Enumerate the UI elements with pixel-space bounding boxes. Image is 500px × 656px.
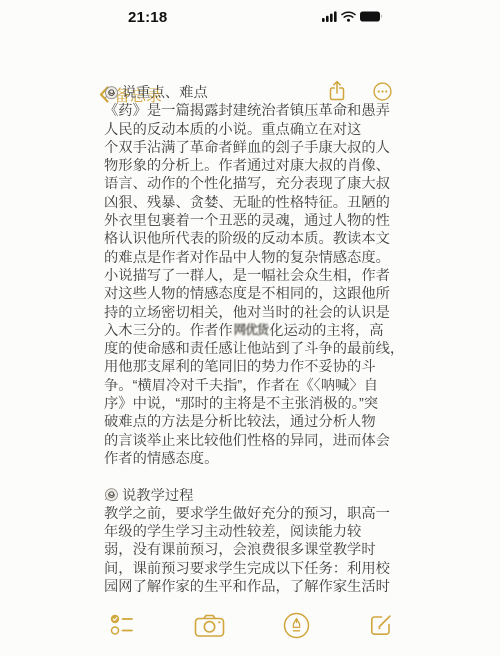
note-section: 说教学过程教学之前，要求学生做好充分的预习，职高一年级的学生学习主动性较差，阅读… <box>104 487 410 597</box>
note-line: 小说描写了一群人，是一幅社会众生相，作者 <box>104 267 410 285</box>
bottom-toolbar <box>110 608 394 642</box>
note-line: 物形象的分析上。作者通过对康大叔的肖像、 <box>104 157 410 175</box>
shell-emoji-icon <box>104 85 119 100</box>
section-header: 说教学过程 <box>104 487 410 505</box>
battery-icon <box>360 11 384 22</box>
watermark: 网优货 <box>234 321 269 339</box>
shell-emoji-icon <box>104 487 119 502</box>
note-line: 格认识他所代表的阶级的反动本质。教读本文 <box>104 230 410 248</box>
note-line: 人民的反动本质的小说。重点确立在对这 <box>104 121 410 139</box>
note-body[interactable]: 说重点、难点《药》是一篇揭露封建统治者镇压革命和愚弄人民的反动本质的小说。重点确… <box>104 84 410 596</box>
signal-bars-icon <box>322 11 337 22</box>
note-line: 外衣里包裹着一个丑恶的灵魂，通过人物的性 <box>104 212 410 230</box>
note-line: 园网了解作家的生平和作品，了解作家生活时 <box>104 578 410 596</box>
note-line: 对这些人物的情感态度是不相同的，这跟他所 <box>104 285 410 303</box>
note-line: 的言谈举止来比较他们性格的异同，进而体会 <box>104 432 410 450</box>
note-line: 度的使命感和责任感让他站到了斗争的最前线， <box>104 340 410 358</box>
note-line: 序》中说，“那时的主将是不主张消极的。”突 <box>104 395 410 413</box>
note-line: 语言、动作的个性化描写，充分表现了康大叔 <box>104 175 410 193</box>
note-section: 说重点、难点《药》是一篇揭露封建统治者镇压革命和愚弄人民的反动本质的小说。重点确… <box>104 84 410 468</box>
note-line: 的难点是作者对作品中人物的复杂情感态度。 <box>104 249 410 267</box>
status-time: 21:18 <box>128 9 167 26</box>
note-line: 破难点的方法是分析比较法，通过分析人物 <box>104 413 410 431</box>
note-line: 凶狠、残暴、贪婪、无耻的性格特征。丑陋的 <box>104 194 410 212</box>
note-line: 争。“横眉冷对千夫指”，作者在《〈呐喊〉自 <box>104 377 410 395</box>
note-line: 《药》是一篇揭露封建统治者镇压革命和愚弄 <box>104 102 410 120</box>
note-line: 作者的情感态度。 <box>104 450 410 468</box>
wifi-icon <box>341 11 356 22</box>
section-header-text: 说重点、难点 <box>122 84 208 102</box>
note-line: 弱，没有课前预习，会浪费很多课堂教学时 <box>104 541 410 559</box>
markup-button[interactable] <box>283 612 310 639</box>
camera-button[interactable] <box>194 613 225 638</box>
section-header: 说重点、难点 <box>104 84 410 102</box>
note-line: 教学之前，要求学生做好充分的预习，职高一 <box>104 505 410 523</box>
note-line: 个双手沾满了革命者鲜血的刽子手康大叔的人 <box>104 139 410 157</box>
status-bar: 21:18 <box>0 0 500 34</box>
note-line: 持的立场密切相关，他对当时的社会的认识是 <box>104 304 410 322</box>
note-line: 用他那支犀利的笔同旧的势力作不妥协的斗 <box>104 358 410 376</box>
note-line: 间，课前预习要求学生完成以下任务：利用校 <box>104 560 410 578</box>
checklist-button[interactable] <box>110 613 136 637</box>
note-line: 入木三分的。作者作网优货化运动的主将，高 <box>104 322 410 340</box>
compose-button[interactable] <box>368 612 394 638</box>
section-header-text: 说教学过程 <box>122 487 193 505</box>
nav-bar: 备忘录 <box>0 38 500 72</box>
status-icons <box>322 11 384 22</box>
note-line: 年级的学生学习主动性较差，阅读能力较 <box>104 523 410 541</box>
